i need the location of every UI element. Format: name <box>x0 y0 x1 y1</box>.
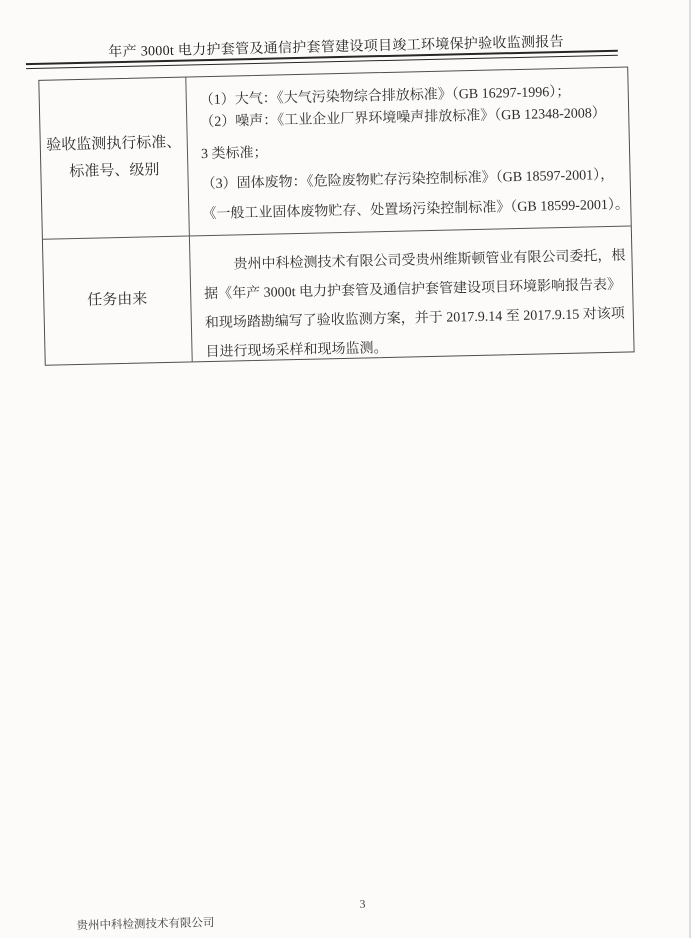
document-page: 年产 3000t 电力护套管及通信护套管建设项目竣工环境保护验收监测报告 验收监… <box>0 0 691 938</box>
page-number: 3 <box>24 891 691 918</box>
scanned-content: 年产 3000t 电力护套管及通信护套管建设项目竣工环境保护验收监测报告 验收监… <box>0 0 691 938</box>
label-line: 任务由来 <box>87 286 148 314</box>
row-label-cell-task-origin: 任务由来 <box>43 236 193 364</box>
label-line: 验收监测执行标准、 <box>46 130 182 160</box>
table-row-standards: 验收监测执行标准、 标准号、级别 （1）大气：《大气污染物综合排放标准》（GB … <box>39 67 630 239</box>
row-content-cell-task-origin: 贵州中科检测技术有限公司受贵州维斯顿管业有限公司委托，根 据《年产 3000t … <box>190 226 634 361</box>
table-row-task-origin: 任务由来 贵州中科检测技术有限公司受贵州维斯顿管业有限公司委托，根 据《年产 3… <box>43 226 634 364</box>
row-content-cell-standards: （1）大气：《大气污染物综合排放标准》（GB 16297-1996）； （2）噪… <box>186 67 630 235</box>
row-label-cell-standards: 验收监测执行标准、 标准号、级别 <box>39 78 190 239</box>
label-line: 标准号、级别 <box>69 157 160 186</box>
standards-table: 验收监测执行标准、 标准号、级别 （1）大气：《大气污染物综合排放标准》（GB … <box>38 66 634 365</box>
footer-company-name: 贵州中科检测技术有限公司 <box>76 914 214 933</box>
